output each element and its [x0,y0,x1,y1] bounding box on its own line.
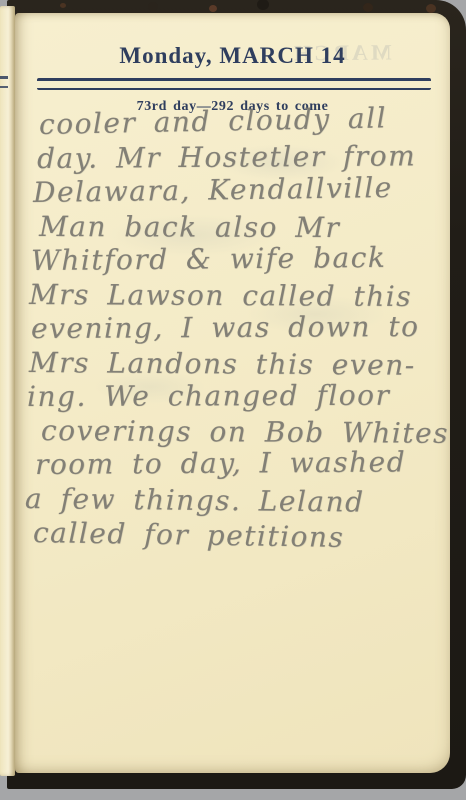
entry-line: room to day, I washed [35,445,448,482]
diary-scan: MARCH Monday, MARCH 14 73rd day—292 days… [0,0,466,800]
facing-page-sliver [0,6,15,776]
entry-line: cooler and cloudy all [39,100,449,142]
date-title: Monday, MARCH 14 [15,44,450,67]
entry-line: Mrs Landons this even- [29,346,448,383]
entry-line: Mrs Lawson called this [29,278,448,314]
entry-line: Delawara, Kendallville [33,170,448,210]
handwritten-entry: cooler and cloudy all day. Mr Hostetler … [25,108,448,550]
cover-wear-flecks [60,3,66,8]
entry-line: ing. We changed floor [27,379,448,414]
facing-page-rule [0,76,8,88]
entry-line: called for petitions [33,516,448,557]
entry-line: Whitford & wife back [31,240,448,278]
entry-line: evening, I was down to [31,310,448,346]
diary-page: MARCH Monday, MARCH 14 73rd day—292 days… [15,13,450,773]
entry-line: a few things. Leland [25,482,448,520]
header-double-rule [37,78,431,90]
